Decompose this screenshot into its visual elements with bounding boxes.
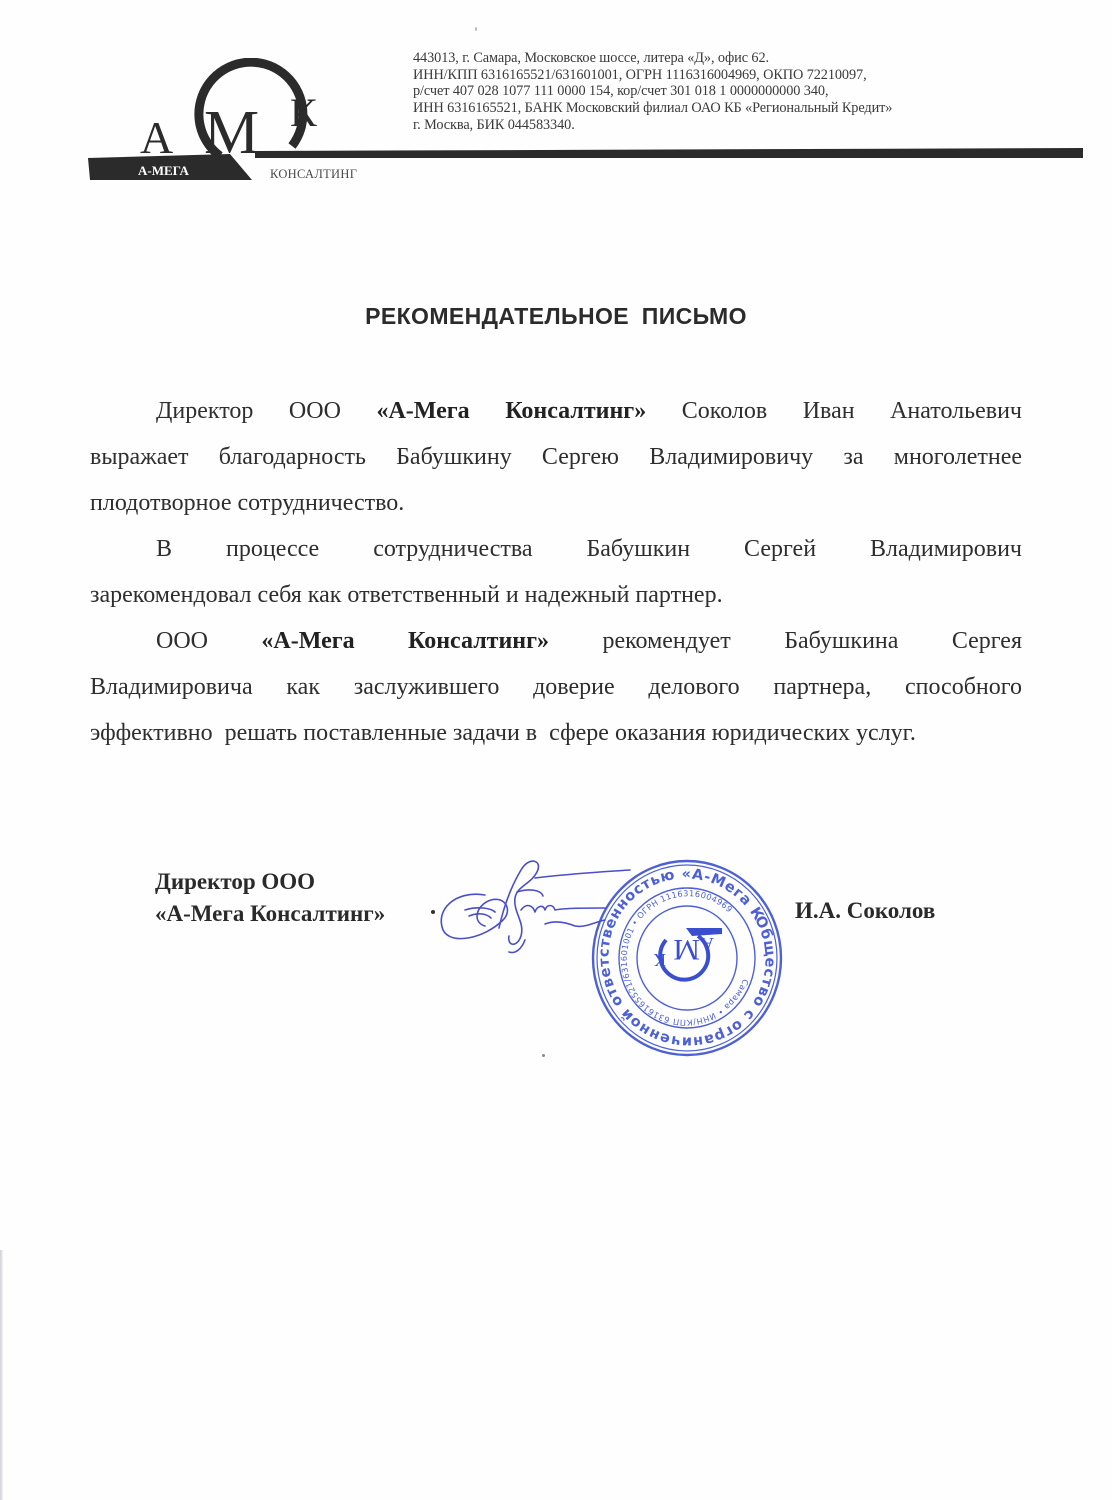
paragraph-partnership: В процессе сотрудничества Бабушкин Серге… (90, 526, 1022, 618)
text-run: ООО (156, 628, 261, 654)
svg-text:А: А (699, 933, 714, 955)
paragraph-line: выражает благодарность Бабушкину Сергею … (90, 434, 1022, 480)
signer-name: И.А. Соколов (795, 898, 935, 924)
signer-position: Директор ООО «А-Мега Консалтинг» (155, 866, 385, 930)
paragraph-line: Владимировича как заслужившего доверие д… (90, 664, 1022, 710)
svg-text:М: М (673, 933, 700, 966)
scan-speck (475, 27, 477, 31)
paragraph-line: ООО «А-Мега Консалтинг» рекомендует Бабу… (90, 618, 1022, 664)
company-seal-stamp: Общество с ограниченной ответственностью… (590, 858, 784, 1058)
requisites-address: 443013, г. Самара, Московское шоссе, лит… (413, 50, 1033, 67)
paragraph-recommendation: ООО «А-Мега Консалтинг» рекомендует Бабу… (90, 618, 1022, 756)
text-run: рекомендует Бабушкина Сергея (549, 628, 1022, 654)
logo-letter-a: А (140, 112, 173, 163)
paragraph-line: плодотворное сотрудничество. (90, 480, 1022, 526)
scan-edge-shadow (0, 1250, 3, 1500)
signer-position-line2: «А-Мега Консалтинг» (155, 898, 385, 930)
letter-body: Директор ООО «А-Мега Консалтинг» Соколов… (90, 388, 1022, 756)
requisites-accounts: р/счет 407 028 1077 111 0000 154, кор/сч… (413, 83, 1033, 100)
logo-letter-m: М (204, 99, 259, 167)
requisites-inn-ogrn: ИНН/КПП 6316165521/631601001, ОГРН 11163… (413, 67, 1033, 84)
logo-band-label: А-МЕГА (138, 163, 190, 178)
logo-subtitle: КОНСАЛТИНГ (270, 167, 357, 181)
company-requisites: 443013, г. Самара, Московское шоссе, лит… (413, 50, 1033, 134)
scan-speck (542, 1054, 545, 1057)
requisites-bik: г. Москва, БИК 044583340. (413, 117, 1033, 134)
text-run: Соколов Иван Анатольевич (646, 398, 1022, 424)
document-title: РЕКОМЕНДАТЕЛЬНОЕ ПИСЬМО (0, 303, 1112, 330)
text-run: Директор ООО (156, 398, 376, 424)
company-logo: А М К А-МЕГА КОНСАЛТИНГ (80, 58, 400, 188)
company-name-bold: «А-Мега Консалтинг» (376, 398, 646, 424)
stamp-logo-icon: А М К (653, 928, 722, 980)
paragraph-line: Директор ООО «А-Мега Консалтинг» Соколов… (90, 388, 1022, 434)
paragraph-gratitude: Директор ООО «А-Мега Консалтинг» Соколов… (90, 388, 1022, 526)
paragraph-line: В процессе сотрудничества Бабушкин Серге… (90, 526, 1022, 572)
signer-position-line1: Директор ООО (155, 866, 385, 898)
paragraph-line: эффективно решать поставленные задачи в … (90, 710, 1022, 756)
svg-text:К: К (653, 950, 666, 970)
requisites-bank: ИНН 6316165521, БАНК Московский филиал О… (413, 100, 1033, 117)
paragraph-line: зарекомендовал себя как ответственный и … (90, 572, 1022, 618)
company-name-bold: «А-Мега Консалтинг» (261, 628, 549, 654)
letter-page: А М К А-МЕГА КОНСАЛТИНГ 443013, г. Самар… (0, 0, 1112, 1500)
logo-letter-k: К (290, 90, 317, 135)
